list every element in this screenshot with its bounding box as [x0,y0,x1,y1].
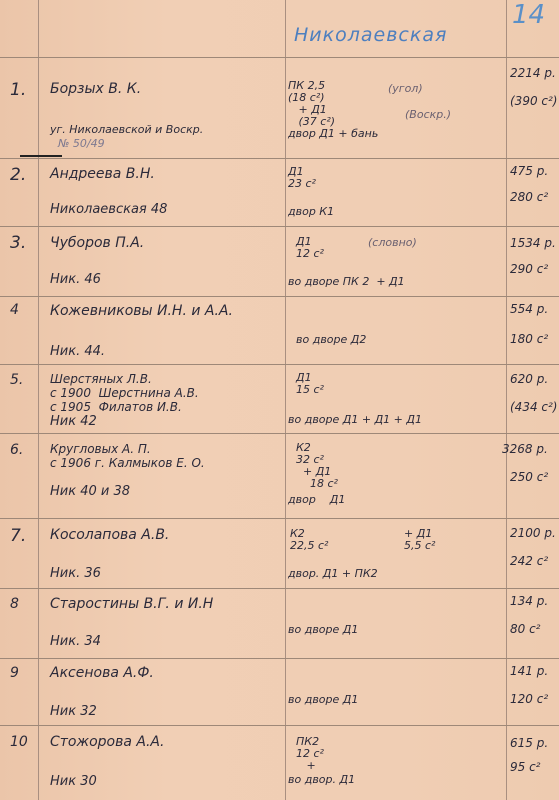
area: 290 с² [510,262,548,276]
row-rule [0,433,559,434]
column-rule [506,0,507,800]
row-number: 3. [10,233,26,253]
address: Ник 42 [50,414,97,429]
row-rule [0,226,559,227]
row-rule [0,158,559,159]
row-rule [0,364,559,365]
row-number: 1. [10,80,26,100]
area: 120 с² [510,692,548,706]
owner-name: Кругловых А. П. с 1906 г. Калмыков Е. О. [50,442,205,470]
owner-name: Старостины В.Г. и И.Н [50,597,213,612]
buildings: Д1 23 с² [288,166,316,190]
area: (390 с²) [510,94,558,108]
yard-buildings: во дворе Д1 [288,694,358,706]
address: Ник 40 и 38 [50,484,130,499]
row-rule [0,658,559,659]
cost: 134 р. [510,594,548,608]
area: 80 с² [510,622,541,636]
ledger-page: Николаевская 14 1. Борзых В. К. уг. Нико… [0,0,559,800]
column-rule [38,0,39,800]
row-number: 6. [10,442,23,458]
row-number: 7. [10,526,26,546]
area: 280 с² [510,190,548,204]
cost: 2100 р. [510,526,556,540]
ink-underline [20,155,62,157]
owner-name: Шерстяных Л.В. с 1900 Шерстнина А.В. с 1… [50,372,199,414]
owner-name: Косолапова А.В. [50,528,169,543]
address-number: № 50/49 [58,137,105,150]
yard-buildings: двор. Д1 + ПК2 [288,568,378,580]
buildings: ПК2 12 с² + [296,736,324,772]
buildings: Д1 12 с² [296,236,324,260]
owner-name: Стожорова А.А. [50,735,164,750]
note: (словно) [368,236,417,249]
row-rule [0,518,559,519]
address: Николаевская 48 [50,202,167,217]
row-number: 10 [10,734,28,750]
buildings: Д1 15 с² [296,372,324,396]
address: уг. Николаевской и Воскр. [50,123,203,136]
row-rule [0,57,559,58]
note: (угол) [388,82,423,95]
yard-buildings: во дворе Д1 + Д1 + Д1 [288,414,422,426]
area: (434 с²) [510,400,558,414]
address: Ник. 34 [50,634,101,649]
address: Ник 32 [50,704,97,719]
page-number: 14 [512,0,545,30]
column-rule [285,0,286,800]
row-rule [0,588,559,589]
cost: 554 р. [510,302,548,316]
buildings: ПК 2,5 (18 с²) + Д1 (37 с²) двор Д1 + ба… [288,80,378,140]
owner-name: Андреева В.Н. [50,167,155,182]
owner-name: Борзых В. К. [50,82,141,97]
row-number: 5. [10,372,23,388]
row-number: 9 [10,665,19,681]
note: (Воскр.) [405,108,451,121]
area: 250 с² [510,470,548,484]
row-number: 8 [10,596,19,612]
address: Ник. 44. [50,344,105,359]
buildings: К2 22,5 с² [290,528,328,552]
owner-name: Кожевниковы И.Н. и А.А. [50,304,233,319]
street-title: Николаевская [294,24,447,46]
buildings: К2 32 с² + Д1 18 с² [296,442,338,490]
address: Ник 30 [50,774,97,789]
cost: 615 р. [510,736,548,750]
yard-buildings: во дворе Д2 [296,334,366,346]
yard-buildings: во дворе Д1 [288,624,358,636]
area: 180 с² [510,332,548,346]
area: 95 с² [510,760,541,774]
yard-buildings: во двор. Д1 [288,774,355,786]
area: 242 с² [510,554,548,568]
row-number: 4 [10,302,19,318]
row-number: 2. [10,165,26,185]
cost: 141 р. [510,664,548,678]
address: Ник. 36 [50,566,101,581]
owner-name: Аксенова А.Ф. [50,666,154,681]
row-rule [0,296,559,297]
cost: 475 р. [510,164,548,178]
address: Ник. 46 [50,272,101,287]
row-rule [0,725,559,726]
cost: 1534 р. [510,236,556,250]
yard-buildings: во дворе ПК 2 + Д1 [288,276,405,288]
yard-buildings: двор К1 [288,206,334,218]
cost: 620 р. [510,372,548,386]
cost: 2214 р. [510,66,556,80]
yard-buildings: двор Д1 [288,494,345,506]
buildings-addition: + Д1 5,5 с² [404,528,435,552]
cost: 3268 р. [502,442,548,456]
owner-name: Чуборов П.А. [50,236,144,251]
